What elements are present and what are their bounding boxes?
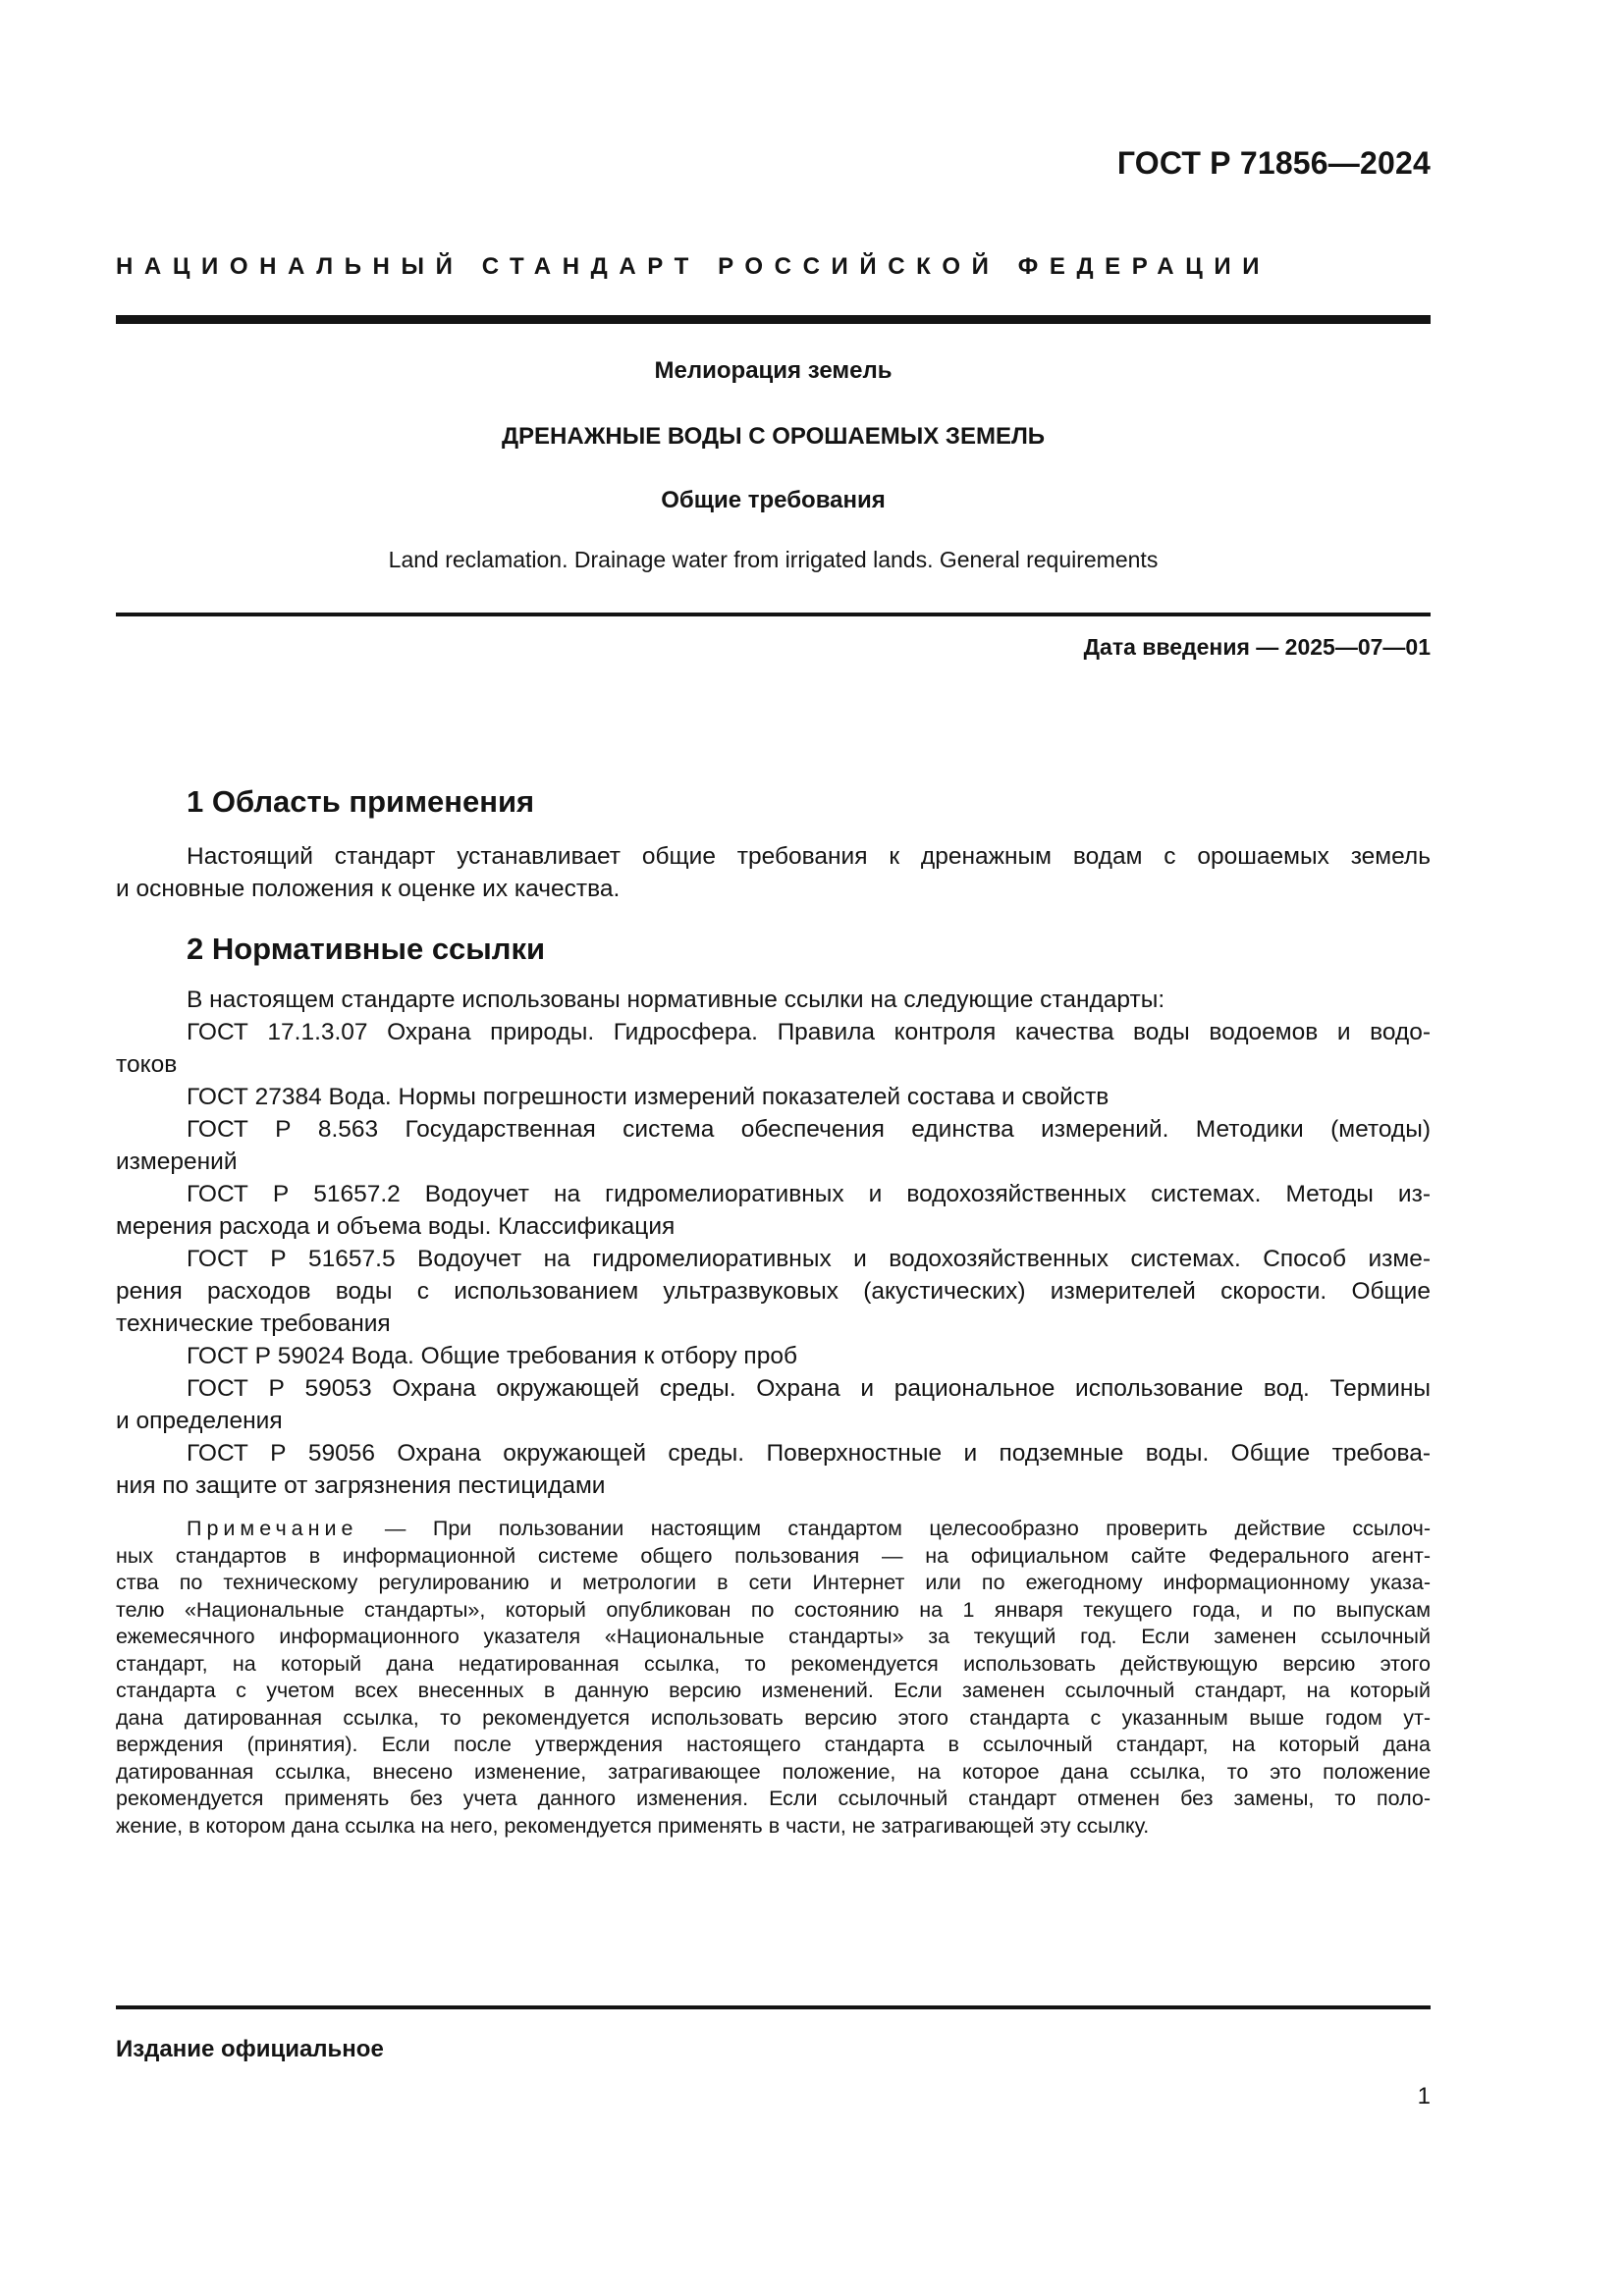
- text-line: ГОСТ Р 51657.2 Водоучет на гидромелиорат…: [116, 1178, 1431, 1210]
- text-line: мерения расхода и объема воды. Классифик…: [116, 1210, 1431, 1243]
- title-area: Мелиорация земель: [116, 357, 1431, 385]
- national-standard-banner: НАЦИОНАЛЬНЫЙ СТАНДАРТ РОССИЙСКОЙ ФЕДЕРАЦ…: [116, 253, 1431, 281]
- title-subtitle: Общие требования: [116, 487, 1431, 514]
- text-line: ГОСТ 17.1.3.07 Охрана природы. Гидросфер…: [116, 1016, 1431, 1048]
- text-line: и основные положения к оценке их качеств…: [116, 873, 1431, 905]
- text-line: технические требования: [116, 1308, 1431, 1340]
- text-line: ГОСТ Р 8.563 Государственная система обе…: [116, 1113, 1431, 1146]
- note-line: ных стандартов в информационной системе …: [116, 1543, 1431, 1571]
- section-heading-scope: 1 Область применения: [116, 783, 1431, 821]
- note-line: дана датированная ссылка, то рекомендует…: [116, 1705, 1431, 1733]
- edition-label: Издание официальное: [116, 2036, 384, 2063]
- footer-rule: [116, 2005, 1431, 2009]
- text-line: ГОСТ Р 59056 Охрана окружающей среды. По…: [116, 1437, 1431, 1469]
- reference-item: ГОСТ Р 59053 Охрана окружающей среды. Ох…: [116, 1372, 1431, 1437]
- text-line: ния по защите от загрязнения пестицидами: [116, 1469, 1431, 1502]
- reference-item: ГОСТ Р 59024 Вода. Общие требования к от…: [116, 1340, 1431, 1372]
- note-line: стандарта с учетом всех внесенных в данн…: [116, 1678, 1431, 1705]
- note-line: рекомендуется применять без учета данног…: [116, 1786, 1431, 1813]
- references-list: ГОСТ 17.1.3.07 Охрана природы. Гидросфер…: [116, 1016, 1431, 1502]
- note-line: верждения (принятия). Если после утвержд…: [116, 1732, 1431, 1759]
- note-line: ства по техническому регулированию и мет…: [116, 1570, 1431, 1597]
- section-heading-references: 2 Нормативные ссылки: [116, 931, 1431, 968]
- introduction-date: Дата введения — 2025—07—01: [1084, 634, 1431, 661]
- title-english: Land reclamation. Drainage water from ir…: [116, 547, 1431, 573]
- text-line: ГОСТ Р 59024 Вода. Общие требования к от…: [116, 1340, 1431, 1372]
- note-line: ежемесячного информационного указателя «…: [116, 1624, 1431, 1651]
- text-line: В настоящем стандарте использованы норма…: [116, 984, 1431, 1016]
- note-line: Примечание — При пользовании настоящим с…: [116, 1516, 1431, 1543]
- references-intro: В настоящем стандарте использованы норма…: [116, 984, 1431, 1016]
- scope-paragraph: Настоящий стандарт устанавливает общие т…: [116, 840, 1431, 905]
- note-line: датированная ссылка, внесено изменение, …: [116, 1759, 1431, 1787]
- text-line: ГОСТ 27384 Вода. Нормы погрешности измер…: [116, 1081, 1431, 1113]
- title-rule: [116, 613, 1431, 616]
- reference-item: ГОСТ Р 8.563 Государственная система обе…: [116, 1113, 1431, 1178]
- header-rule: [116, 315, 1431, 324]
- reference-item: ГОСТ Р 51657.2 Водоучет на гидромелиорат…: [116, 1178, 1431, 1243]
- text-line: и определения: [116, 1405, 1431, 1437]
- title-main: ДРЕНАЖНЫЕ ВОДЫ С ОРОШАЕМЫХ ЗЕМЕЛЬ: [116, 423, 1431, 451]
- note-line: телю «Национальные стандарты», который о…: [116, 1597, 1431, 1625]
- document-code: ГОСТ Р 71856—2024: [1117, 145, 1431, 182]
- text-line: рения расходов воды с использованием уль…: [116, 1275, 1431, 1308]
- document-body: 1 Область применения Настоящий стандарт …: [116, 783, 1431, 1840]
- note-line: жение, в котором дана ссылка на него, ре…: [116, 1813, 1431, 1841]
- text-line: токов: [116, 1048, 1431, 1081]
- reference-item: ГОСТ Р 59056 Охрана окружающей среды. По…: [116, 1437, 1431, 1502]
- note-line: стандарт, на который дана недатированная…: [116, 1651, 1431, 1679]
- text-line: измерений: [116, 1146, 1431, 1178]
- note-block: Примечание — При пользовании настоящим с…: [116, 1516, 1431, 1840]
- text-line: Настоящий стандарт устанавливает общие т…: [116, 840, 1431, 873]
- note-label: Примечание: [187, 1517, 357, 1540]
- page-number: 1: [1418, 2083, 1431, 2110]
- text-line: ГОСТ Р 51657.5 Водоучет на гидромелиорат…: [116, 1243, 1431, 1275]
- text-line: ГОСТ Р 59053 Охрана окружающей среды. Ох…: [116, 1372, 1431, 1405]
- reference-item: ГОСТ Р 51657.5 Водоучет на гидромелиорат…: [116, 1243, 1431, 1340]
- reference-item: ГОСТ 17.1.3.07 Охрана природы. Гидросфер…: [116, 1016, 1431, 1081]
- reference-item: ГОСТ 27384 Вода. Нормы погрешности измер…: [116, 1081, 1431, 1113]
